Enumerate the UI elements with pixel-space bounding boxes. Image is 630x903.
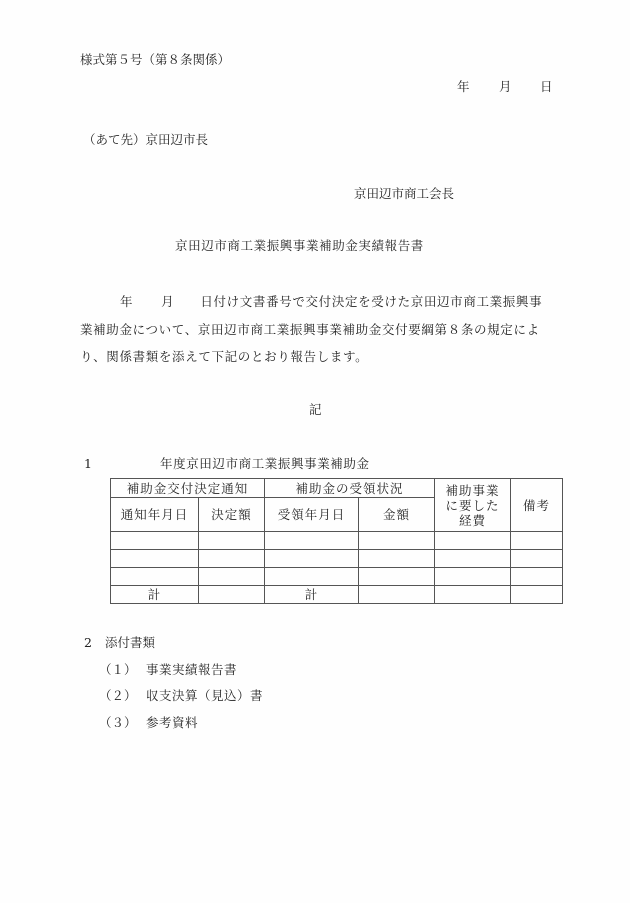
document-title: 京田辺市商工業振興事業補助金実績報告書 bbox=[175, 240, 424, 253]
cell-receipt-date[interactable] bbox=[265, 568, 359, 586]
cell-amount[interactable] bbox=[359, 532, 435, 550]
date-day-label: 日 bbox=[540, 81, 553, 94]
cell-decided-amount[interactable] bbox=[199, 532, 265, 550]
date-year-label: 年 bbox=[457, 81, 470, 94]
cell-notice-date[interactable] bbox=[111, 568, 199, 586]
body-month-label: 月 bbox=[161, 294, 174, 309]
table-row bbox=[111, 532, 563, 550]
header-grant-notice: 補助金交付決定通知 bbox=[111, 479, 265, 498]
attachment-3-number: （３） bbox=[99, 717, 137, 730]
header-expense-line-1: 補助事業 bbox=[435, 483, 510, 498]
header-notice-date: 通知年月日 bbox=[111, 498, 199, 532]
section-1-title: 年度京田辺市商工業振興事業補助金 bbox=[160, 458, 370, 471]
header-amount: 金額 bbox=[359, 498, 435, 532]
attachment-2-label: 収支決算（見込）書 bbox=[146, 690, 263, 703]
header-decided-amount: 決定額 bbox=[199, 498, 265, 532]
cell-remarks[interactable] bbox=[511, 532, 563, 550]
body-paragraph-line-1: 年月日付け文書番号で交付決定を受けた京田辺市商工業振興事 bbox=[80, 296, 542, 309]
body-paragraph-line-2: 業補助金について、京田辺市商工業振興事業補助金交付要綱第８条の規定によ bbox=[80, 324, 540, 337]
header-project-expense: 補助事業 に要した 経費 bbox=[435, 479, 511, 532]
attachment-2-number: （２） bbox=[99, 690, 137, 703]
cell-notice-date[interactable] bbox=[111, 550, 199, 568]
subsidy-report-table: 補助金交付決定通知 補助金の受領状況 補助事業 に要した 経費 備考 通知年月日… bbox=[110, 478, 563, 604]
section-2-number: 2 bbox=[84, 637, 92, 650]
cell-expense[interactable] bbox=[435, 568, 511, 586]
table-total-row: 計 計 bbox=[111, 586, 563, 604]
cell-amount[interactable] bbox=[359, 550, 435, 568]
section-2-title: 添付書類 bbox=[105, 637, 155, 650]
attachment-1-number: （１） bbox=[99, 664, 137, 677]
addressee: （あて先）京田辺市長 bbox=[83, 134, 208, 147]
body-text: 日付け文書番号で交付決定を受けた京田辺市商工業振興事 bbox=[200, 294, 542, 309]
form-number: 様式第５号（第８条関係） bbox=[80, 54, 230, 67]
cell-expense[interactable] bbox=[435, 532, 511, 550]
cell-remarks[interactable] bbox=[511, 568, 563, 586]
table-row bbox=[111, 550, 563, 568]
cell-decided-amount[interactable] bbox=[199, 568, 265, 586]
total-remarks[interactable] bbox=[511, 586, 563, 604]
body-paragraph-line-3: り、関係書類を添えて下記のとおり報告します。 bbox=[80, 351, 368, 364]
cell-notice-date[interactable] bbox=[111, 532, 199, 550]
header-expense-line-3: 経費 bbox=[435, 513, 510, 528]
total-expense[interactable] bbox=[435, 586, 511, 604]
cell-expense[interactable] bbox=[435, 550, 511, 568]
attachment-3-label: 参考資料 bbox=[146, 717, 198, 730]
cell-decided-amount[interactable] bbox=[199, 550, 265, 568]
date-month-label: 月 bbox=[499, 81, 512, 94]
body-year-label: 年 bbox=[120, 294, 133, 309]
section-1-number: 1 bbox=[84, 458, 92, 471]
cell-receipt-date[interactable] bbox=[265, 550, 359, 568]
header-receipt-date: 受領年月日 bbox=[265, 498, 359, 532]
cell-remarks[interactable] bbox=[511, 550, 563, 568]
total-label-receipt: 計 bbox=[265, 586, 359, 604]
attachment-1-label: 事業実績報告書 bbox=[146, 664, 237, 677]
cell-amount[interactable] bbox=[359, 568, 435, 586]
table-row bbox=[111, 568, 563, 586]
ki-heading: 記 bbox=[309, 404, 322, 417]
total-amount[interactable] bbox=[359, 586, 435, 604]
header-receipt-status: 補助金の受領状況 bbox=[265, 479, 435, 498]
sender: 京田辺市商工会長 bbox=[354, 188, 454, 201]
cell-receipt-date[interactable] bbox=[265, 532, 359, 550]
total-label-notice: 計 bbox=[111, 586, 199, 604]
header-remarks: 備考 bbox=[511, 479, 563, 532]
total-decided-amount[interactable] bbox=[199, 586, 265, 604]
header-expense-line-2: に要した bbox=[435, 498, 510, 513]
